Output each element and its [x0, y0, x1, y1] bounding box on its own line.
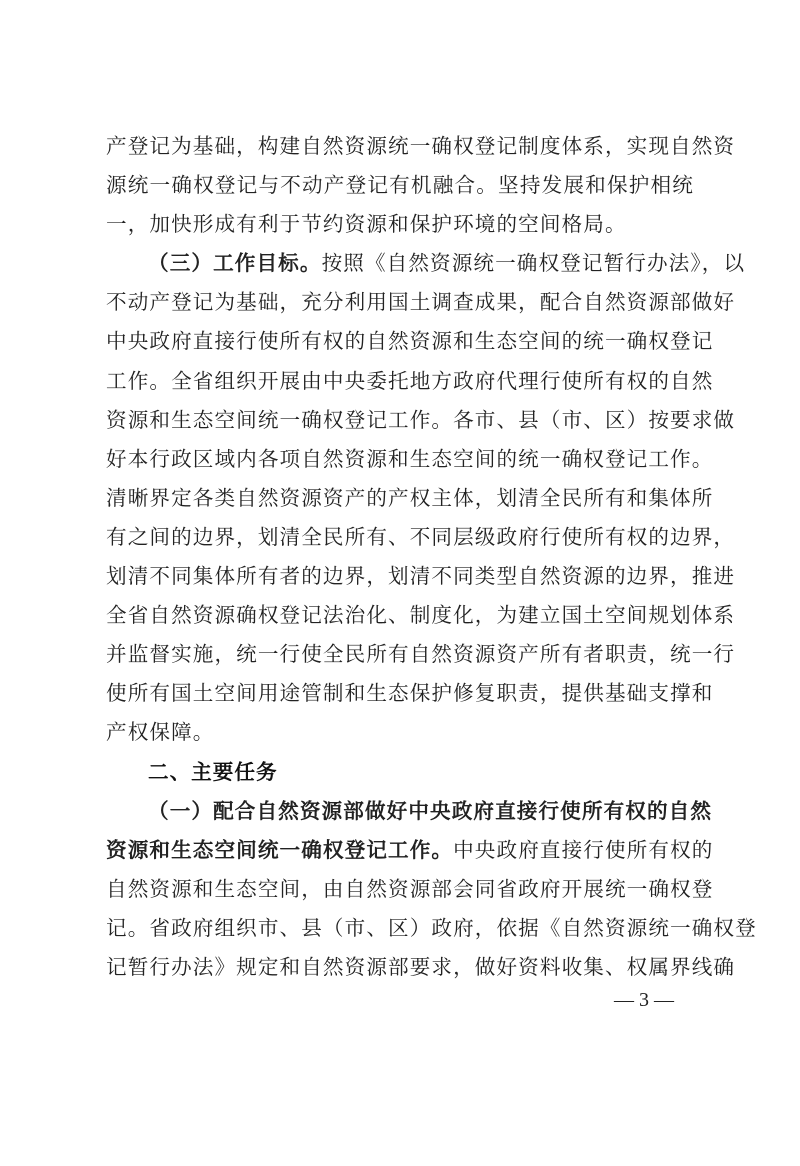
paragraph-continuation: 产登记为基础，构建自然资源统一确权登记制度体系，实现自然资 源统一确权登记与不动… — [106, 127, 694, 244]
paragraph-work-goals: （三）工作目标。按照《自然资源统一确权登记暂行办法》，以 不动产登记为基础，充分… — [106, 244, 694, 752]
page-number: — 3 — — [608, 989, 680, 1012]
text-line: 一，加快形成有利于节约资源和保护环境的空间格局。 — [106, 205, 694, 244]
text-line: 产权保障。 — [106, 713, 694, 752]
text-line: 中央政府直接行使所有权的自然资源和生态空间的统一确权登记 — [106, 322, 694, 361]
text-fragment: 中央政府直接行使所有权的 — [453, 838, 713, 862]
paragraph-lead-line: （一）配合自然资源部做好中央政府直接行使所有权的自然 — [106, 792, 694, 831]
text-line: 使所有国土空间用途管制和生态保护修复职责，提供基础支撑和 — [106, 674, 694, 713]
paragraph-task-one: （一）配合自然资源部做好中央政府直接行使所有权的自然 资源和生态空间统一确权登记… — [106, 792, 694, 987]
paragraph-lead: （三）工作目标。 — [148, 251, 322, 275]
text-line: 资源和生态空间统一确权登记工作。各市、县（市、区）按要求做 — [106, 401, 694, 440]
paragraph-lead: 资源和生态空间统一确权登记工作。 — [106, 838, 453, 862]
text-line: （三）工作目标。按照《自然资源统一确权登记暂行办法》，以 — [106, 244, 694, 283]
text-line: 工作。全省组织开展由中央委托地方政府代理行使所有权的自然 — [106, 362, 694, 401]
text-line: 全省自然资源确权登记法治化、制度化，为建立国土空间规划体系 — [106, 596, 694, 635]
text-line: 有之间的边界，划清全民所有、不同层级政府行使所有权的边界， — [106, 518, 694, 557]
text-line: 划清不同集体所有者的边界，划清不同类型自然资源的边界，推进 — [106, 557, 694, 596]
document-body: 产登记为基础，构建自然资源统一确权登记制度体系，实现自然资 源统一确权登记与不动… — [106, 127, 694, 987]
text-line: 记暂行办法》规定和自然资源部要求，做好资料收集、权属界线确 — [106, 948, 694, 987]
text-fragment: 按照《自然资源统一确权登记暂行办法》，以 — [322, 251, 746, 275]
text-line: 并监督实施，统一行使全民所有自然资源资产所有者职责，统一行 — [106, 635, 694, 674]
text-line: 不动产登记为基础，充分利用国土调查成果，配合自然资源部做好 — [106, 283, 694, 322]
text-line: 资源和生态空间统一确权登记工作。中央政府直接行使所有权的 — [106, 831, 694, 870]
text-line: 自然资源和生态空间，由自然资源部会同省政府开展统一确权登 — [106, 870, 694, 909]
text-line: 源统一确权登记与不动产登记有机融合。坚持发展和保护相统 — [106, 166, 694, 205]
text-line: 好本行政区域内各项自然资源和生态空间的统一确权登记工作。 — [106, 440, 694, 479]
document-page: 产登记为基础，构建自然资源统一确权登记制度体系，实现自然资 源统一确权登记与不动… — [0, 0, 800, 1166]
text-line: 产登记为基础，构建自然资源统一确权登记制度体系，实现自然资 — [106, 127, 694, 166]
section-heading: 二、主要任务 — [106, 753, 694, 792]
text-line: 清晰界定各类自然资源资产的产权主体，划清全民所有和集体所 — [106, 479, 694, 518]
text-line: 记。省政府组织市、县（市、区）政府，依据《自然资源统一确权登 — [106, 909, 694, 948]
